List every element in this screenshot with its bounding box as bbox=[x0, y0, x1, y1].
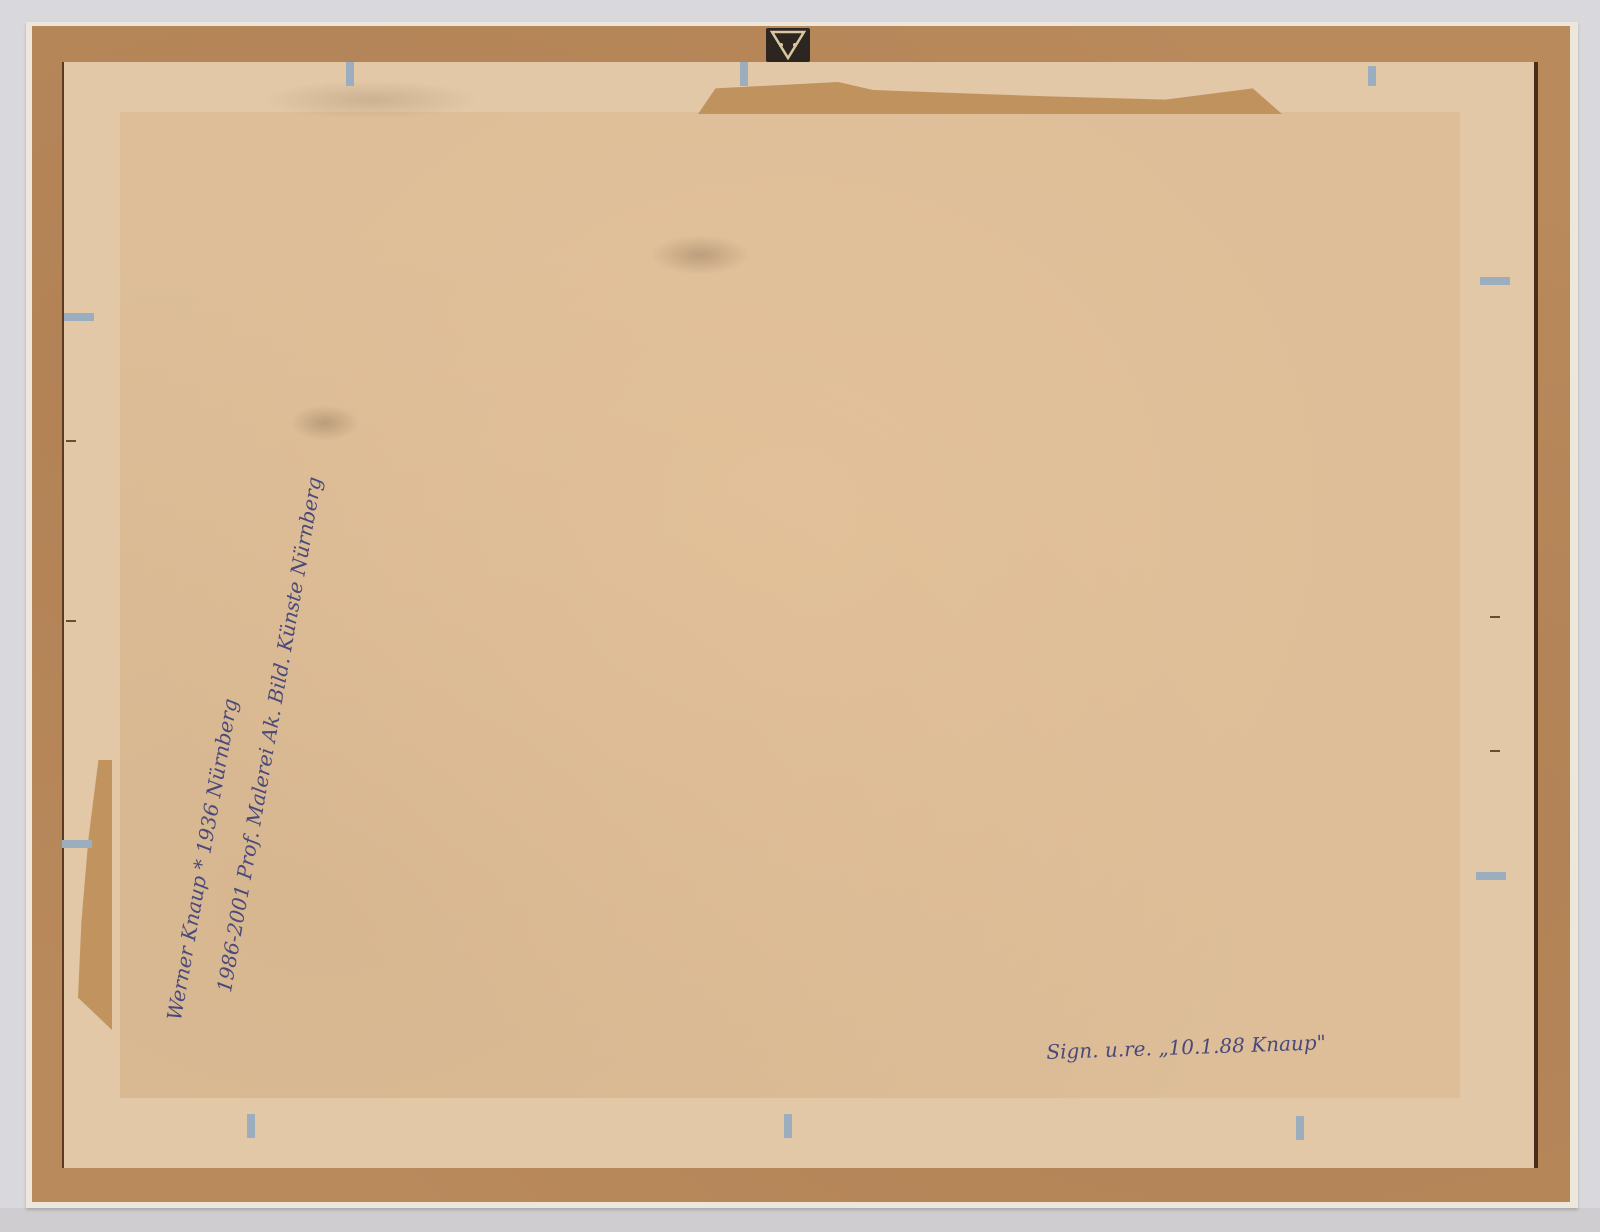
nail-mark bbox=[1490, 616, 1500, 618]
clip-left-lower bbox=[62, 840, 92, 848]
clip-bottom-right bbox=[1296, 1116, 1304, 1140]
clip-right-upper bbox=[1480, 277, 1510, 285]
clip-bottom-left bbox=[247, 1114, 255, 1138]
clip-left-upper bbox=[64, 313, 94, 321]
smudge bbox=[650, 235, 750, 275]
paper-sheet bbox=[120, 112, 1460, 1098]
clip-top-right bbox=[1368, 66, 1376, 86]
clip-top-center bbox=[740, 62, 748, 86]
wall-floor-shadow bbox=[0, 1208, 1600, 1232]
smudge bbox=[260, 80, 480, 120]
nail-mark bbox=[1490, 750, 1500, 752]
nail-mark bbox=[66, 440, 76, 442]
clip-top-left bbox=[346, 62, 354, 86]
clip-right-lower bbox=[1476, 872, 1506, 880]
hanger-icon bbox=[766, 28, 810, 62]
smudge bbox=[290, 405, 360, 441]
clip-bottom-center bbox=[784, 1114, 792, 1138]
nail-mark bbox=[66, 620, 76, 622]
